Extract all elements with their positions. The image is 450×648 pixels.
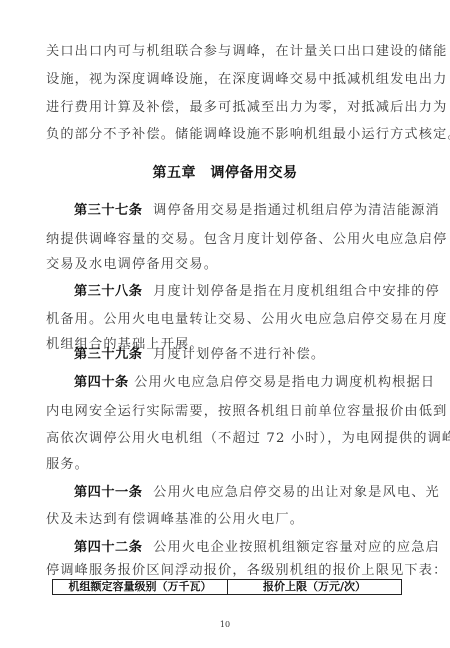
article-text: 月度计划停备是指在月度机组组合中安排的停 bbox=[153, 284, 440, 299]
text-line: 内电网安全运行实际需要，按照各机组日前单位容量报价由低到 bbox=[46, 403, 408, 421]
article-number: 第三十九条 bbox=[74, 347, 142, 362]
text-line: 高依次调停公用火电机组（不超过 72 小时），为电网提供的调峰 bbox=[46, 430, 408, 448]
article-number: 第三十八条 bbox=[74, 284, 142, 299]
article-text: 调停备用交易是指通过机组启停为清洁能源消 bbox=[153, 203, 440, 218]
article-number: 第四十条 bbox=[74, 375, 129, 390]
text-line: 停调峰服务报价区间浮动报价，各级别机组的报价上限见下表： bbox=[46, 562, 408, 580]
text-line: 服务。 bbox=[46, 456, 408, 474]
text-line: 进行费用计算及补偿，最多可抵减至出力为零，对抵减后出力为 bbox=[46, 99, 408, 117]
article-number: 第四十二条 bbox=[74, 540, 142, 555]
table-header-capacity-level: 机组额定容量级别（万千瓦） bbox=[53, 580, 228, 594]
article-text: 月度计划停备不进行补偿。 bbox=[153, 347, 325, 362]
text-line: 纳提供调峰容量的交易。包含月度计划停备、公用火电应急启停 bbox=[46, 231, 408, 249]
article-number: 第四十一条 bbox=[74, 485, 142, 500]
text-line: 伏及未达到有偿调峰基准的公用火电厂。 bbox=[46, 511, 408, 529]
text-line: 关口出口内可与机组联合参与调峰，在计量关口出口建设的储能 bbox=[46, 43, 408, 61]
text-line: 机备用。公用火电电量转让交易、公用火电应急启停交易在月度 bbox=[46, 311, 408, 329]
text-line: 交易及水电调停备用交易。 bbox=[46, 256, 408, 274]
article-text: 公用火电应急启停交易的出让对象是风电、光 bbox=[153, 485, 440, 500]
chapter-heading: 第五章 调停备用交易 bbox=[0, 162, 450, 182]
article-42-first-line: 第四十二条 公用火电企业按照机组额定容量对应的应急启 bbox=[74, 539, 408, 557]
price-cap-table: 机组额定容量级别（万千瓦） 报价上限（万元/次） bbox=[52, 579, 402, 595]
article-number: 第三十七条 bbox=[74, 203, 142, 218]
table-header-price-cap: 报价上限（万元/次） bbox=[228, 580, 401, 594]
article-38-first-line: 第三十八条 月度计划停备是指在月度机组组合中安排的停 bbox=[74, 283, 408, 301]
article-37-first-line: 第三十七条 调停备用交易是指通过机组启停为清洁能源消 bbox=[74, 202, 408, 220]
article-text: 公用火电应急启停交易是指电力调度机构根据日 bbox=[134, 375, 435, 390]
article-text: 公用火电企业按照机组额定容量对应的应急启 bbox=[153, 540, 440, 555]
article-41-first-line: 第四十一条 公用火电应急启停交易的出让对象是风电、光 bbox=[74, 484, 408, 502]
article-40-first-line: 第四十条 公用火电应急启停交易是指电力调度机构根据日 bbox=[74, 374, 408, 392]
article-39-first-line: 第三十九条 月度计划停备不进行补偿。 bbox=[74, 346, 408, 364]
text-line: 设施，视为深度调峰设施，在深度调峰交易中抵减机组发电出力 bbox=[46, 71, 408, 89]
page-number: 10 bbox=[0, 620, 450, 629]
document-page: 关口出口内可与机组联合参与调峰，在计量关口出口建设的储能 设施，视为深度调峰设施… bbox=[0, 0, 450, 648]
text-line: 负的部分不予补偿。储能调峰设施不影响机组最小运行方式核定。 bbox=[46, 126, 408, 144]
